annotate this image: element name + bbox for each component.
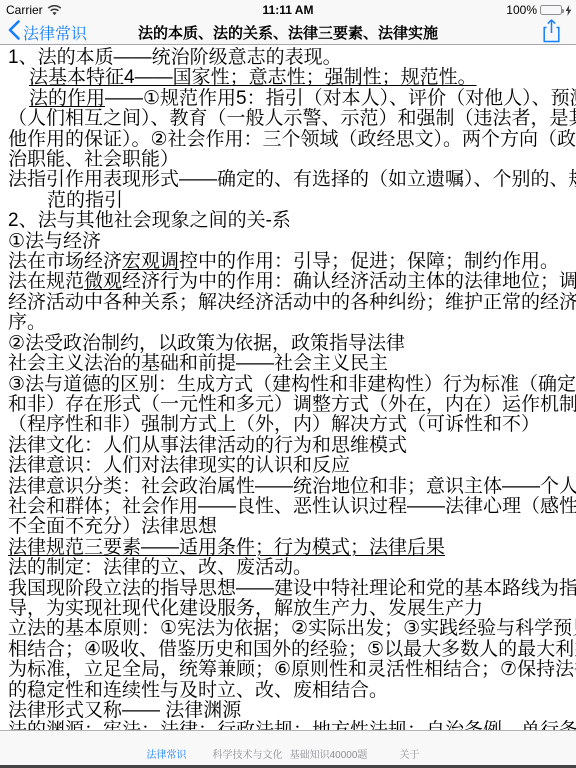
status-bar: Carrier 11:11 AM 100% — [0, 0, 576, 20]
text-line: 法指引作用表现形式——确定的、有选择的（如立遗嘱）、个别的、规 — [8, 170, 568, 190]
back-chevron-icon — [8, 20, 20, 45]
share-button[interactable] — [540, 21, 562, 45]
tab-bar-items: 法律常识科学技术与文化基础知识40000题关于 — [0, 731, 576, 765]
content-lines: 1、法的本质——统治阶级意志的表现。法基本特征4——国家性；意志性；强制性；规范… — [8, 48, 568, 742]
text-line: 的稳定性和连续性与及时立、改、废相结合。 — [8, 681, 568, 701]
tab-bar: 法律常识科学技术与文化基础知识40000题关于 — [0, 730, 576, 768]
text-line: 相结合；④吸收、借鉴历史和国外的经验；⑤以最大多数人的最大利益 — [8, 640, 568, 660]
text-line: 立法的基本原则：①宪法为依据；②实际出发；③实践经验与科学预见 — [8, 619, 568, 639]
text-line: 法基本特征4——国家性；意志性；强制性；规范性。 — [8, 68, 568, 88]
charging-bolt-icon — [565, 5, 572, 16]
battery-icon — [540, 5, 562, 15]
text-line: ②法受政治制约，以政策为依据，政策指导法律 — [8, 334, 568, 354]
status-right: 100% — [506, 0, 572, 20]
text-line: 法律规范三要素——适用条件；行为模式；法律后果 — [8, 538, 568, 558]
header: Carrier 11:11 AM 100% — [0, 0, 576, 45]
text-line: 法的制定：法律的立、改、废活动。 — [8, 558, 568, 578]
text-line: 他作用的保证）。②社会作用：三个领域（政经思文）。两个方向（政 — [8, 130, 568, 150]
text-line: 范的指引 — [8, 191, 568, 211]
note-content[interactable]: 1、法的本质——统治阶级意志的表现。法基本特征4——国家性；意志性；强制性；规范… — [0, 46, 576, 768]
text-line: 2、法与其他社会现象之间的关-系 — [8, 211, 568, 231]
text-line: 法的作用——①规范作用5：指引（对本人）、评价（对他人）、预测 — [8, 89, 568, 109]
text-line: 和非）存在形式（一元性和多元）调整方式（外在，内在）运作机制上 — [8, 395, 568, 415]
tab-questions-40000[interactable]: 基础知识40000题 — [288, 736, 369, 761]
text-line: 1、法的本质——统治阶级意志的表现。 — [8, 48, 568, 68]
text-line: 导，为实现社现代化建设服务，解放生产力、发展生产力 — [8, 599, 568, 619]
text-line: 法律意识：人们对法律现实的认识和反应 — [8, 456, 568, 476]
nav-bar: 法律常识 法的本质、法的关系、法律三要素、法律实施 — [0, 20, 576, 45]
text-line: 法律意识分类：社会政治属性——统治地位和非；意识主体——个人、 — [8, 477, 568, 497]
status-time: 11:11 AM — [0, 0, 576, 20]
text-line: 社会主义法治的基础和前提——社会主义民主 — [8, 354, 568, 374]
tab-legal-basics[interactable]: 法律常识 — [126, 736, 207, 761]
text-line: 为标准，立足全局，统筹兼顾；⑥原则性和灵活性相结合；⑦保持法律 — [8, 660, 568, 680]
text-line: 法在规范微观经济行为中的作用：确认经济活动主体的法律地位；调整 — [8, 272, 568, 292]
text-line: 经济活动中各种关系；解决经济活动中的各种纠纷；维护正常的经济秩 — [8, 293, 568, 313]
share-icon — [542, 19, 561, 48]
text-line: 不全面不充分）法律思想 — [8, 517, 568, 537]
text-line: （人们相互之间）、教育（一般人示警、示范）和强制（违法者，是其 — [8, 109, 568, 129]
battery-percent-label: 100% — [506, 3, 537, 17]
text-line: 治职能、社会职能） — [8, 150, 568, 170]
text-line: 我国现阶段立法的指导思想——建设中特社理论和党的基本路线为指 — [8, 579, 568, 599]
text-line: 法律形式又称—— 法律渊源 — [8, 701, 568, 721]
tab-science-culture[interactable]: 科学技术与文化 — [207, 736, 288, 761]
text-line: ③法与道德的区别：生成方式（建构性和非建构性）行为标准（确定性 — [8, 375, 568, 395]
text-line: （程序性和非）强制方式上（外，内）解决方式（可诉性和不） — [8, 415, 568, 435]
tab-about[interactable]: 关于 — [369, 736, 450, 761]
page-title: 法的本质、法的关系、法律三要素、法律实施 — [70, 20, 506, 45]
app-screen: Carrier 11:11 AM 100% — [0, 0, 576, 768]
text-line: 法律文化：人们从事法律活动的行为和思维模式 — [8, 436, 568, 456]
text-line: 序。 — [8, 313, 568, 333]
text-line: 法在市场经济宏观调控中的作用：引导；促进；保障；制约作用。 — [8, 252, 568, 272]
text-line: 社会和群体；社会作用——良性、恶性认识过程——法律心理（感性、 — [8, 497, 568, 517]
text-line: ①法与经济 — [8, 232, 568, 252]
